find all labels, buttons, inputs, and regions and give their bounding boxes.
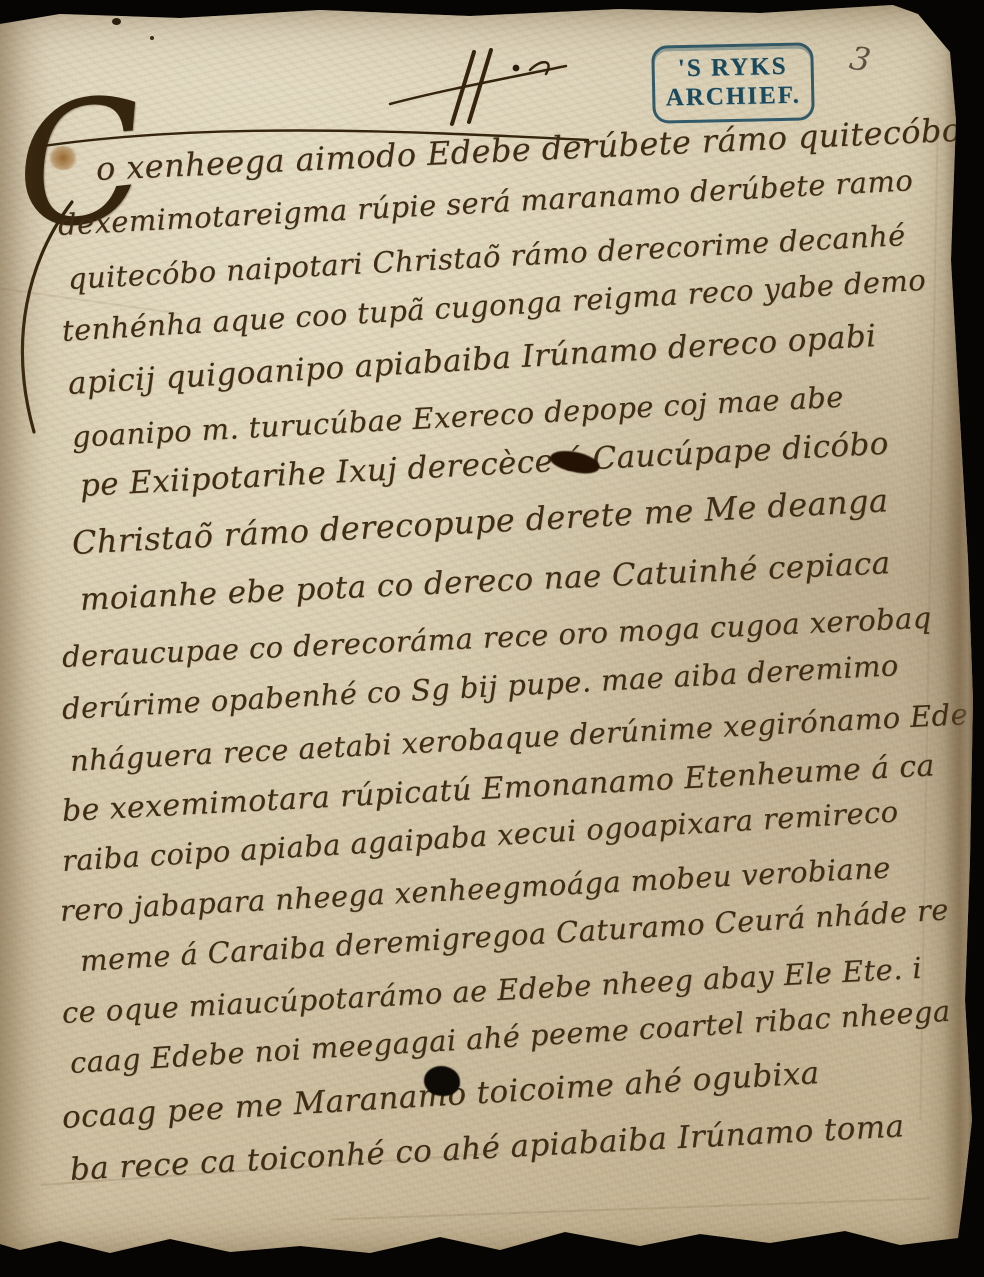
page-edge-fold <box>944 0 978 1277</box>
crease-line <box>330 1198 930 1221</box>
paper-speck <box>112 18 121 25</box>
paper-speck <box>150 36 154 40</box>
manuscript-page: 'S RYKS ARCHIEF. 3 C o xenheega aimodo E… <box>0 0 984 1277</box>
photograph-backdrop: 'S RYKS ARCHIEF. 3 C o xenheega aimodo E… <box>0 0 984 1277</box>
stamp-text-line2: ARCHIEF. <box>665 82 801 114</box>
stamp-text-line1: 'S RYKS <box>678 53 788 84</box>
folio-number: 3 <box>847 39 874 80</box>
archive-stamp: 'S RYKS ARCHIEF. <box>651 42 815 123</box>
